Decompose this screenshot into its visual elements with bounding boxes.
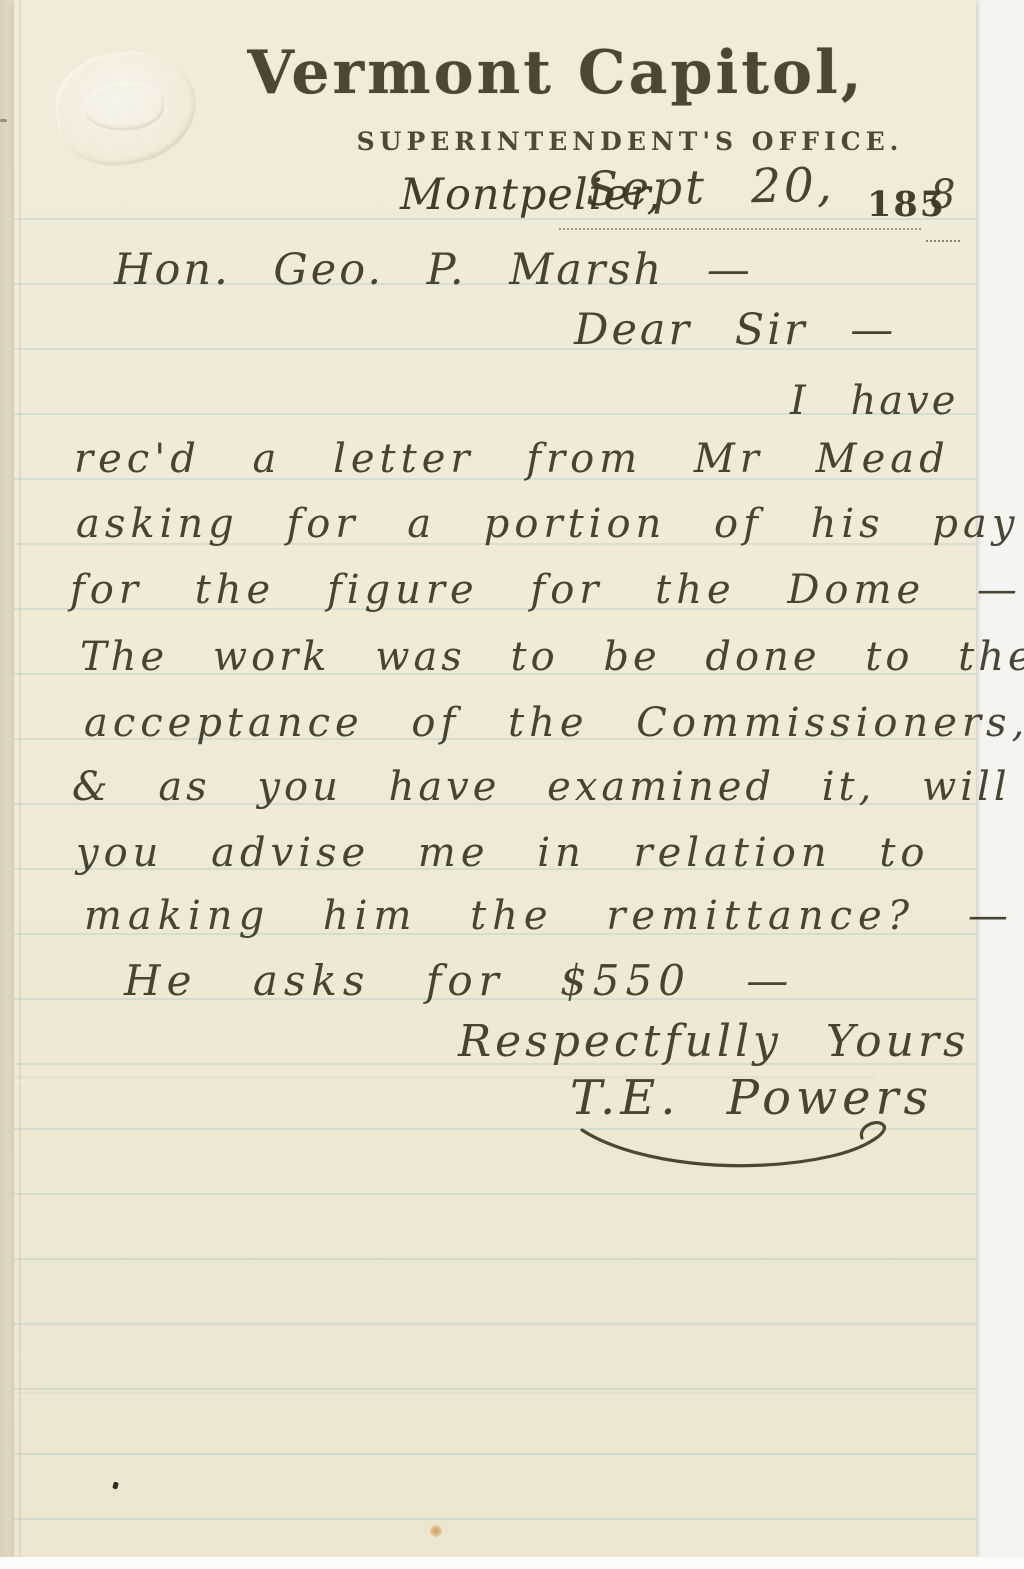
letter-sheet: Vermont Capitol, SUPERINTENDENT'S OFFICE…: [14, 0, 976, 1557]
body-line-2: rec'd a letter from Mr Mead: [74, 436, 950, 482]
salutation-line: Dear Sir —: [574, 305, 896, 355]
foxing-spot: [430, 1525, 442, 1537]
scanned-letter-page: Vermont Capitol, SUPERINTENDENT'S OFFICE…: [0, 0, 1024, 1569]
letterhead-title: Vermont Capitol,: [247, 38, 864, 108]
body-line-7: & as you have examined it, will: [72, 764, 1011, 810]
signature-flourish: [574, 1118, 904, 1180]
body-line-9: making him the remittance? —: [84, 893, 1014, 939]
vertical-fold-crease: [19, 0, 23, 1557]
body-line-4: for the figure for the Dome —: [70, 567, 1022, 613]
scan-background-bottom: [0, 1557, 1024, 1569]
closing-line: Respectfully Yours: [458, 1016, 970, 1067]
handwritten-date: Sept 20,: [586, 158, 836, 217]
embossed-eagle-seal-icon: [50, 44, 203, 172]
seal-relief-detail: [83, 80, 165, 132]
body-line-5: The work was to be done to the: [80, 634, 1024, 680]
recipient-line: Hon. Geo. P. Marsh —: [114, 245, 753, 295]
letterhead-subtitle: SUPERINTENDENT'S OFFICE.: [357, 127, 904, 156]
body-line-6: acceptance of the Commissioners,: [84, 700, 1024, 746]
year-dotted-underline: [926, 212, 960, 242]
stray-ink-dot: [112, 1481, 119, 1489]
body-line-1: I have: [790, 378, 958, 424]
edge-ink-mark: [0, 119, 7, 122]
body-line-3: asking for a portion of his pay: [76, 501, 1019, 547]
amount-line: He asks for $550 —: [124, 956, 794, 1005]
body-line-8: you advise me in relation to: [76, 830, 930, 876]
horizontal-fold-crease-lower: [14, 1392, 976, 1397]
